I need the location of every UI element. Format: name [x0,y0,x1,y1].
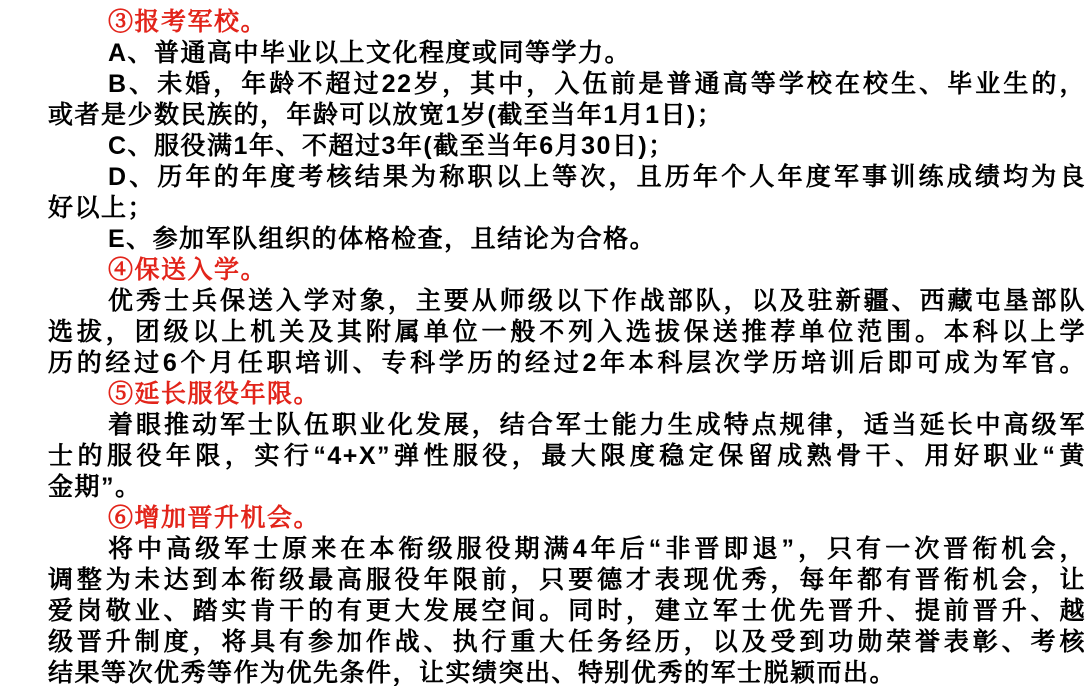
text-line: C、服役满1年、不超过3年(截至当年6月30日)； [48,131,1086,162]
text-line: 级晋升制度，将具有参加作战、执行重大任务经历，以及受到功勋荣誉表彰、考核 [48,627,1086,658]
text-line: 爱岗敬业、踏实肯干的有更大发展空间。同时，建立军士优先晋升、提前晋升、越 [48,596,1086,627]
text-line: 历的经过6个月任职培训、专科学历的经过2年本科层次学历培训后即可成为军官。 [48,348,1086,379]
section-heading: ⑥增加晋升机会。 [48,503,1086,534]
text-line: 调整为未达到本衔级最高服役年限前，只要德才表现优秀，每年都有晋衔机会，让 [48,565,1086,596]
text-line: 将中高级军士原来在本衔级服役期满4年后“非晋即退”，只有一次晋衔机会， [48,534,1086,565]
text-line: 或者是少数民族的，年龄可以放宽1岁(截至当年1月1日)； [48,100,1086,131]
section-heading: ④保送入学。 [48,255,1086,286]
section-heading: ⑤延长服役年限。 [48,379,1086,410]
text-line: D、历年的年度考核结果为称职以上等次，且历年个人年度军事训练成绩均为良 [48,162,1086,193]
text-line: 士的服役年限，实行“4+X”弹性服役，最大限度稳定保留成熟骨干、用好职业“黄 [48,441,1086,472]
text-line: 优秀士兵保送入学对象，主要从师级以下作战部队，以及驻新疆、西藏屯垦部队 [48,286,1086,317]
text-line: B、未婚，年龄不超过22岁，其中，入伍前是普通高等学校在校生、毕业生的， [48,69,1086,100]
text-line: 结果等次优秀等作为优先条件，让实绩突出、特别优秀的军士脱颖而出。 [48,658,1086,686]
text-line: 金期”。 [48,472,1086,503]
text-line: E、参加军队组织的体格检查，且结论为合格。 [48,224,1086,255]
section-heading: ③报考军校。 [48,7,1086,38]
text-line: 好以上； [48,193,1086,224]
document-body: ③报考军校。A、普通高中毕业以上文化程度或同等学力。B、未婚，年龄不超过22岁，… [48,7,1086,686]
text-line: 选拔，团级以上机关及其附属单位一般不列入选拔保送推荐单位范围。本科以上学 [48,317,1086,348]
document-page: ③报考军校。A、普通高中毕业以上文化程度或同等学力。B、未婚，年龄不超过22岁，… [0,0,1088,686]
text-line: 着眼推动军士队伍职业化发展，结合军士能力生成特点规律，适当延长中高级军 [48,410,1086,441]
text-line: A、普通高中毕业以上文化程度或同等学力。 [48,38,1086,69]
